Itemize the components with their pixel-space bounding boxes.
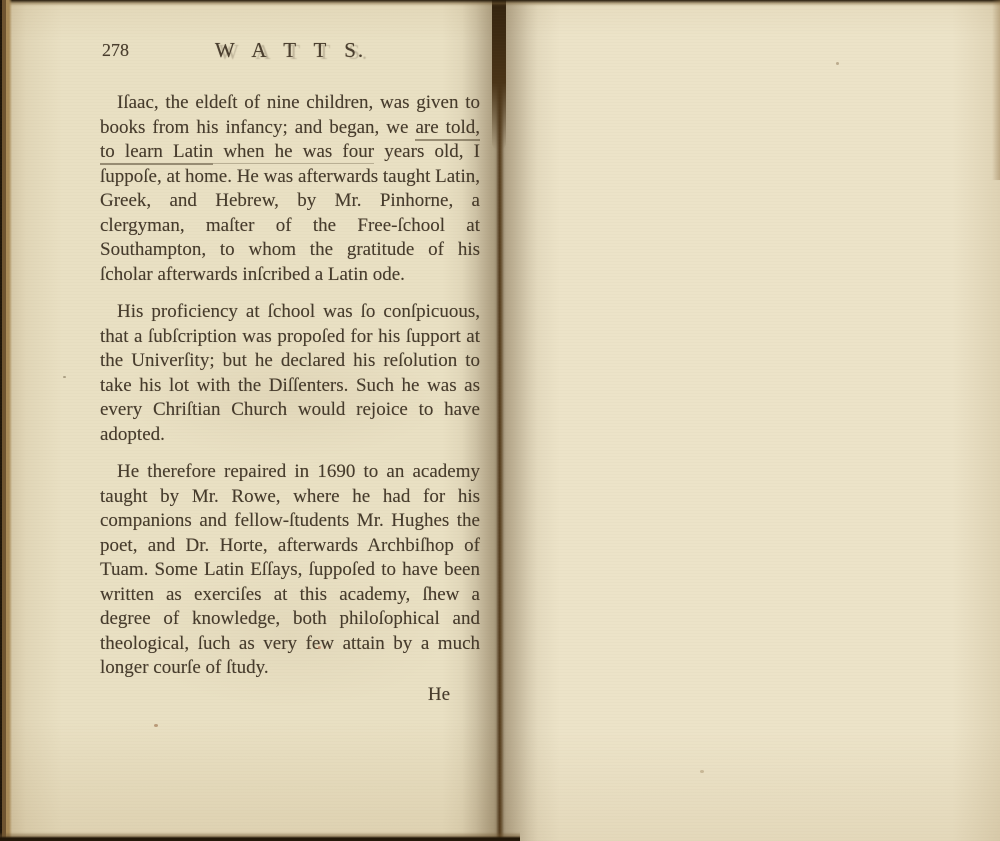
book-edge-left — [0, 0, 12, 841]
left-catchword: He — [428, 684, 450, 705]
pencil-underlined-text-faint: when he was four — [213, 141, 374, 164]
left-page: 278 W A T T S. Iſaac, the eldeſt of nine… — [0, 0, 500, 841]
left-page-number: 278 — [102, 40, 129, 61]
left-page-text: Iſaac, the eldeſt of nine children, was … — [100, 91, 480, 681]
right-page: W A T T S. 279 at the houſe of his fathe… — [500, 0, 1000, 841]
left-catchword-row: He — [100, 683, 480, 708]
book-edge-right — [992, 0, 1000, 180]
paragraph-academy-1690: He therefore repaired in 1690 to an acad… — [100, 460, 480, 681]
book-edge-top — [0, 0, 1000, 6]
left-page-content: 278 W A T T S. Iſaac, the eldeſt of nine… — [100, 38, 480, 708]
book-gutter-top-gap — [492, 0, 506, 150]
book-edge-bottom — [0, 832, 520, 841]
paragraph-isaac-childhood: Iſaac, the eldeſt of nine children, was … — [100, 91, 480, 287]
left-page-header: 278 W A T T S. — [100, 38, 480, 64]
left-running-title: W A T T S. — [100, 38, 480, 63]
paragraph-school-proficiency: His proficiency at ſchool was ſo conſpic… — [100, 300, 480, 447]
book-spread-scan: 278 W A T T S. Iſaac, the eldeſt of nine… — [0, 0, 1000, 841]
